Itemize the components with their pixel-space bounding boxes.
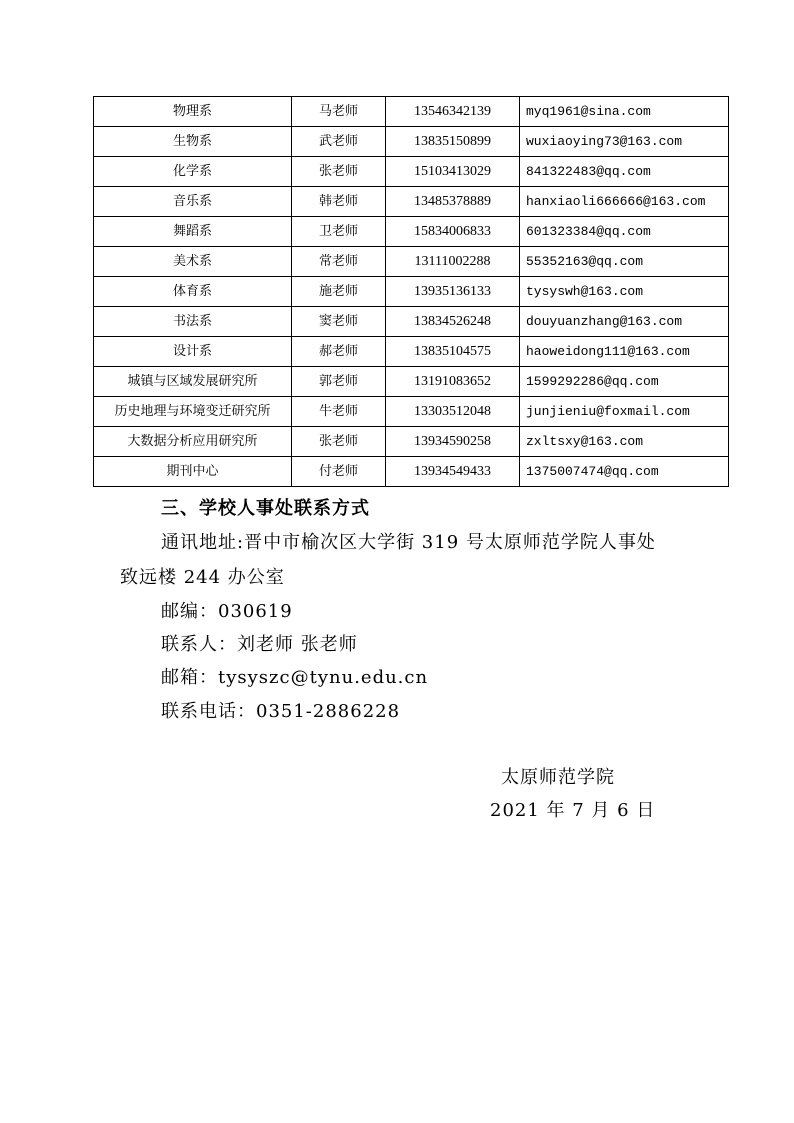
email-cell: zxltsxy@163.com bbox=[520, 427, 729, 457]
name-cell: 常老师 bbox=[292, 247, 386, 277]
phone-cell: 13934549433 bbox=[386, 457, 520, 487]
table-row: 大数据分析应用研究所张老师13934590258zxltsxy@163.com bbox=[94, 427, 729, 457]
dept-cell: 生物系 bbox=[94, 127, 292, 157]
signature-org: 太原师范学院 bbox=[501, 763, 615, 789]
phone-cell: 13834526248 bbox=[386, 307, 520, 337]
dept-cell: 期刊中心 bbox=[94, 457, 292, 487]
phone-cell: 15103413029 bbox=[386, 157, 520, 187]
phone-cell: 13485378889 bbox=[386, 187, 520, 217]
contact-table-body: 物理系马老师13546342139myq1961@sina.com生物系武老师1… bbox=[94, 97, 729, 487]
email-cell: 1599292286@qq.com bbox=[520, 367, 729, 397]
name-cell: 付老师 bbox=[292, 457, 386, 487]
table-row: 城镇与区域发展研究所郭老师131910836521599292286@qq.co… bbox=[94, 367, 729, 397]
contact-email: 邮箱：tysyszc@tynu.edu.cn bbox=[161, 663, 428, 689]
name-cell: 马老师 bbox=[292, 97, 386, 127]
phone-cell: 13835104575 bbox=[386, 337, 520, 367]
phone-cell: 13303512048 bbox=[386, 397, 520, 427]
table-row: 体育系施老师13935136133tysyswh@163.com bbox=[94, 277, 729, 307]
dept-cell: 物理系 bbox=[94, 97, 292, 127]
table-row: 物理系马老师13546342139myq1961@sina.com bbox=[94, 97, 729, 127]
dept-cell: 美术系 bbox=[94, 247, 292, 277]
phone-cell: 13935136133 bbox=[386, 277, 520, 307]
name-cell: 施老师 bbox=[292, 277, 386, 307]
name-cell: 武老师 bbox=[292, 127, 386, 157]
postcode: 邮编：030619 bbox=[161, 597, 293, 623]
table-row: 生物系武老师13835150899wuxiaoying73@163.com bbox=[94, 127, 729, 157]
email-cell: junjieniu@foxmail.com bbox=[520, 397, 729, 427]
dept-cell: 化学系 bbox=[94, 157, 292, 187]
contact-table: 物理系马老师13546342139myq1961@sina.com生物系武老师1… bbox=[93, 96, 729, 487]
name-cell: 郭老师 bbox=[292, 367, 386, 397]
email-cell: wuxiaoying73@163.com bbox=[520, 127, 729, 157]
name-cell: 张老师 bbox=[292, 157, 386, 187]
table-row: 历史地理与环境变迁研究所牛老师13303512048junjieniu@foxm… bbox=[94, 397, 729, 427]
dept-cell: 历史地理与环境变迁研究所 bbox=[94, 397, 292, 427]
dept-cell: 音乐系 bbox=[94, 187, 292, 217]
table-row: 音乐系韩老师13485378889hanxiaoli666666@163.com bbox=[94, 187, 729, 217]
dept-cell: 体育系 bbox=[94, 277, 292, 307]
address-line-1: 通讯地址:晋中市榆次区大学街 319 号太原师范学院人事处 bbox=[161, 528, 656, 554]
name-cell: 卫老师 bbox=[292, 217, 386, 247]
table-row: 化学系张老师15103413029841322483@qq.com bbox=[94, 157, 729, 187]
phone-cell: 15834006833 bbox=[386, 217, 520, 247]
name-cell: 张老师 bbox=[292, 427, 386, 457]
email-cell: douyuanzhang@163.com bbox=[520, 307, 729, 337]
phone-cell: 13111002288 bbox=[386, 247, 520, 277]
phone-cell: 13546342139 bbox=[386, 97, 520, 127]
email-cell: tysyswh@163.com bbox=[520, 277, 729, 307]
dept-cell: 大数据分析应用研究所 bbox=[94, 427, 292, 457]
phone-cell: 13934590258 bbox=[386, 427, 520, 457]
phone-cell: 13191083652 bbox=[386, 367, 520, 397]
contact-phone: 联系电话：0351-2886228 bbox=[161, 697, 400, 723]
dept-cell: 书法系 bbox=[94, 307, 292, 337]
table-row: 期刊中心付老师139345494331375007474@qq.com bbox=[94, 457, 729, 487]
table-row: 书法系窦老师13834526248douyuanzhang@163.com bbox=[94, 307, 729, 337]
dept-cell: 舞蹈系 bbox=[94, 217, 292, 247]
email-cell: myq1961@sina.com bbox=[520, 97, 729, 127]
signature-date: 2021 年 7 月 6 日 bbox=[490, 796, 655, 822]
dept-cell: 设计系 bbox=[94, 337, 292, 367]
table-row: 美术系常老师1311100228855352163@qq.com bbox=[94, 247, 729, 277]
name-cell: 窦老师 bbox=[292, 307, 386, 337]
name-cell: 韩老师 bbox=[292, 187, 386, 217]
email-cell: 601323384@qq.com bbox=[520, 217, 729, 247]
email-cell: 1375007474@qq.com bbox=[520, 457, 729, 487]
name-cell: 郝老师 bbox=[292, 337, 386, 367]
dept-cell: 城镇与区域发展研究所 bbox=[94, 367, 292, 397]
table-row: 舞蹈系卫老师15834006833601323384@qq.com bbox=[94, 217, 729, 247]
email-cell: hanxiaoli666666@163.com bbox=[520, 187, 729, 217]
section-title: 三、学校人事处联系方式 bbox=[161, 494, 370, 520]
email-cell: haoweidong111@163.com bbox=[520, 337, 729, 367]
address-line-2: 致远楼 244 办公室 bbox=[120, 563, 285, 589]
name-cell: 牛老师 bbox=[292, 397, 386, 427]
email-cell: 841322483@qq.com bbox=[520, 157, 729, 187]
contact-persons: 联系人：刘老师 张老师 bbox=[161, 630, 358, 656]
email-cell: 55352163@qq.com bbox=[520, 247, 729, 277]
table-row: 设计系郝老师13835104575haoweidong111@163.com bbox=[94, 337, 729, 367]
phone-cell: 13835150899 bbox=[386, 127, 520, 157]
